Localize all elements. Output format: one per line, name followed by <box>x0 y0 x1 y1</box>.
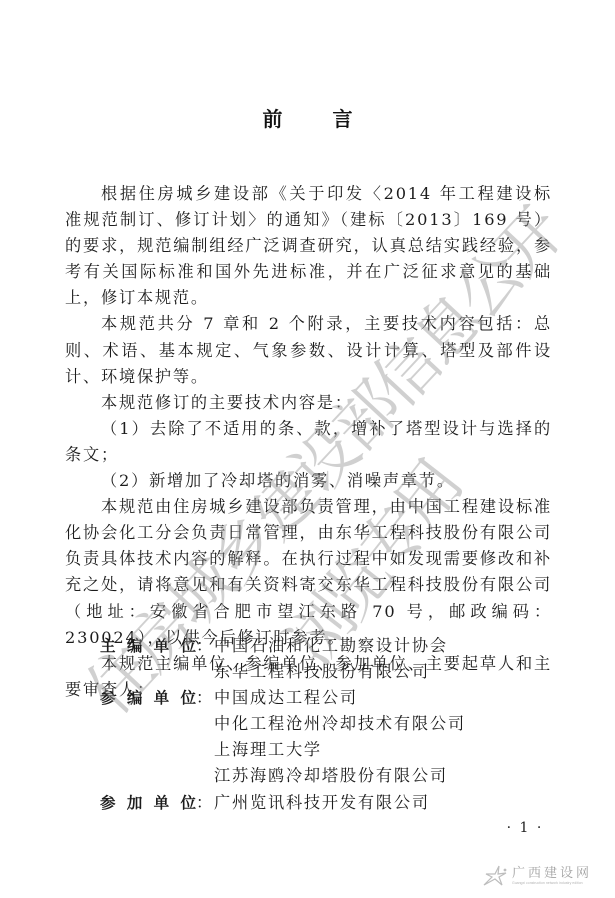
unit-row-co-editor-cont: 参 ：中化工程沧州冷却技术有限公司 <box>100 711 560 737</box>
unit-row-co-editor-cont: 参 ：上海理工大学 <box>100 737 560 763</box>
revision-item-2: （2）新增加了冷却塔的消雾、消噪声章节。 <box>65 468 552 494</box>
unit-label: 参 加 单 位 <box>100 790 196 816</box>
unit-row-co-editor-cont: 参 ：江苏海鸥冷却塔股份有限公司 <box>100 763 560 789</box>
unit-value: ：上海理工大学 <box>196 737 322 763</box>
unit-colon: ： <box>196 688 214 707</box>
unit-row-co-editor: 参 编 单 位 ：中国成达工程公司 <box>100 685 560 711</box>
page-title: 前言 <box>0 106 615 132</box>
preface-body: 根据住房城乡建设部《关于印发〈2014 年工程建设标准规范制订、修订计划〉的通知… <box>65 181 552 703</box>
unit-value: ：中化工程沧州冷却技术有限公司 <box>196 711 466 737</box>
units-list: 主 编 单 位 ：中国石油和化工勘察设计协会 主 ：东华工程科技股份有限公司 参… <box>100 633 560 816</box>
star-logo-icon <box>482 865 508 887</box>
site-logo: 广西建设网 Guangxi construction network indus… <box>482 858 612 894</box>
paragraph-management: 本规范由住房城乡建设部负责管理，由中国工程建设标准化协会化工分会负责日常管理，由… <box>65 494 552 651</box>
unit-row-chief-editor-cont: 主 ：东华工程科技股份有限公司 <box>100 659 560 685</box>
unit-value: ：中国石油和化工勘察设计协会 <box>196 633 448 659</box>
site-logo-name: 广西建设网 <box>512 866 592 881</box>
unit-value: ：东华工程科技股份有限公司 <box>196 659 430 685</box>
title-char-2: 言 <box>333 106 353 132</box>
unit-colon: ： <box>196 636 214 655</box>
site-logo-subtitle: Guangxi construction network industry ed… <box>512 881 592 886</box>
unit-row-participant: 参 加 单 位 ：广州览讯科技开发有限公司 <box>100 790 560 816</box>
title-char-1: 前 <box>263 106 283 132</box>
unit-value: ：中国成达工程公司 <box>196 685 358 711</box>
unit-row-chief-editor: 主 编 单 位 ：中国石油和化工勘察设计协会 <box>100 633 560 659</box>
document-page: 前言 根据住房城乡建设部《关于印发〈2014 年工程建设标准规范制订、修订计划〉… <box>0 0 615 898</box>
unit-value: ：江苏海鸥冷却塔股份有限公司 <box>196 763 448 789</box>
revision-item-1: （1）去除了不适用的条、款，增补了塔型设计与选择的条文； <box>65 416 552 468</box>
paragraph-revision-intro: 本规范修订的主要技术内容是： <box>65 390 552 416</box>
paragraph-structure: 本规范共分 7 章和 2 个附录，主要技术内容包括：总则、术语、基本规定、气象参… <box>65 311 552 389</box>
unit-label: 主 编 单 位 <box>100 633 196 659</box>
unit-label: 参 编 单 位 <box>100 685 196 711</box>
unit-value: ：广州览讯科技开发有限公司 <box>196 790 430 816</box>
unit-colon: ： <box>196 793 214 812</box>
paragraph-basis: 根据住房城乡建设部《关于印发〈2014 年工程建设标准规范制订、修订计划〉的通知… <box>65 181 552 311</box>
page-number: · 1 · <box>500 818 550 838</box>
